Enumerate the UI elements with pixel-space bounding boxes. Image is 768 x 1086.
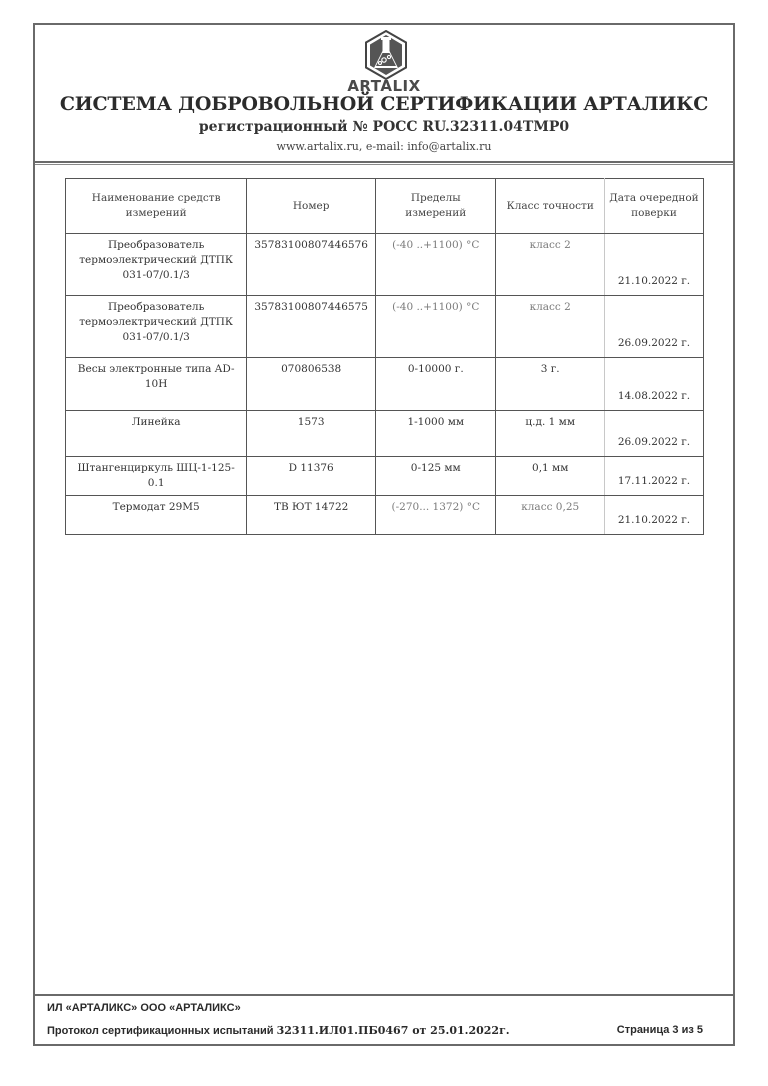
header-divider [35, 161, 733, 165]
page-indicator: Страница 3 из 5 [617, 1024, 703, 1036]
cell-name: Преобразователь термоэлектрический ДТПК … [66, 234, 247, 296]
document-header: ARTALIX СИСТЕМА ДОБРОВОЛЬНОЙ СЕРТИФИКАЦИ… [35, 25, 733, 163]
table-row: Преобразователь термоэлектрический ДТПК … [66, 296, 704, 358]
table-header-row: Наименование средств измерений Номер Пре… [66, 179, 704, 234]
cell-name: Штангенциркуль ШЦ-1-125- 0.1 [66, 457, 247, 496]
protocol-label: Протокол сертификационных испытаний [47, 1025, 274, 1037]
contacts: www.artalix.ru, e-mail: info@artalix.ru [35, 140, 733, 153]
cell-next-check: 21.10.2022 г. [604, 496, 703, 535]
cell-accuracy: 0,1 мм [496, 457, 604, 496]
cell-range: 0-125 мм [376, 457, 496, 496]
cell-next-check: 21.10.2022 г. [604, 234, 703, 296]
table-row: Преобразователь термоэлектрический ДТПК … [66, 234, 704, 296]
cell-number: ТВ ЮТ 14722 [247, 496, 376, 535]
cell-number: 35783100807446576 [247, 234, 376, 296]
cell-range: (-40 ..+1100) °C [376, 296, 496, 358]
column-header-number: Номер [247, 179, 376, 234]
protocol-number: 32311.ИЛ01.ПБ0467 от 25.01.2022г. [277, 1024, 510, 1037]
cell-number: 070806538 [247, 358, 376, 411]
cell-accuracy: класс 2 [496, 234, 604, 296]
column-header-next-check: Дата очередной поверки [604, 179, 703, 234]
cell-name: Преобразователь термоэлектрический ДТПК … [66, 296, 247, 358]
system-title: СИСТЕМА ДОБРОВОЛЬНОЙ СЕРТИФИКАЦИИ АРТАЛИ… [35, 93, 733, 115]
document-footer: ИЛ «АРТАЛИКС» ООО «АРТАЛИКС» Протокол се… [35, 994, 733, 1044]
footer-protocol: Протокол сертификационных испытаний 3231… [47, 1024, 510, 1037]
cell-number: 1573 [247, 411, 376, 457]
table-row: Линейка 1573 1-1000 мм ц.д. 1 мм 26.09.2… [66, 411, 704, 457]
cell-accuracy: класс 2 [496, 296, 604, 358]
cell-range: 0-10000 г. [376, 358, 496, 411]
table-row: Штангенциркуль ШЦ-1-125- 0.1 D 11376 0-1… [66, 457, 704, 496]
cell-number: 35783100807446575 [247, 296, 376, 358]
measuring-instruments-table: Наименование средств измерений Номер Пре… [65, 178, 704, 535]
column-header-accuracy: Класс точности [496, 179, 604, 234]
cell-next-check: 17.11.2022 г. [604, 457, 703, 496]
cell-next-check: 26.09.2022 г. [604, 411, 703, 457]
cell-range: 1-1000 мм [376, 411, 496, 457]
registration-number: регистрационный № РОСС RU.32311.04ТМР0 [35, 119, 733, 135]
cell-next-check: 14.08.2022 г. [604, 358, 703, 411]
cell-number: D 11376 [247, 457, 376, 496]
page-frame: ARTALIX СИСТЕМА ДОБРОВОЛЬНОЙ СЕРТИФИКАЦИ… [33, 23, 735, 1046]
table-row: Весы электронные типа AD- 10H 070806538 … [66, 358, 704, 411]
flask-hexagon-icon [364, 30, 408, 80]
footer-organization: ИЛ «АРТАЛИКС» ООО «АРТАЛИКС» [47, 1002, 241, 1014]
cell-accuracy: 3 г. [496, 358, 604, 411]
column-header-range: Пределы измерений [376, 179, 496, 234]
cell-next-check: 26.09.2022 г. [604, 296, 703, 358]
cell-name: Термодат 29М5 [66, 496, 247, 535]
cell-accuracy: ц.д. 1 мм [496, 411, 604, 457]
column-header-name: Наименование средств измерений [66, 179, 247, 234]
cell-range: (-40 ..+1100) °C [376, 234, 496, 296]
cell-range: (-270... 1372) °C [376, 496, 496, 535]
cell-name: Линейка [66, 411, 247, 457]
cell-accuracy: класс 0,25 [496, 496, 604, 535]
table-row: Термодат 29М5 ТВ ЮТ 14722 (-270... 1372)… [66, 496, 704, 535]
cell-name: Весы электронные типа AD- 10H [66, 358, 247, 411]
